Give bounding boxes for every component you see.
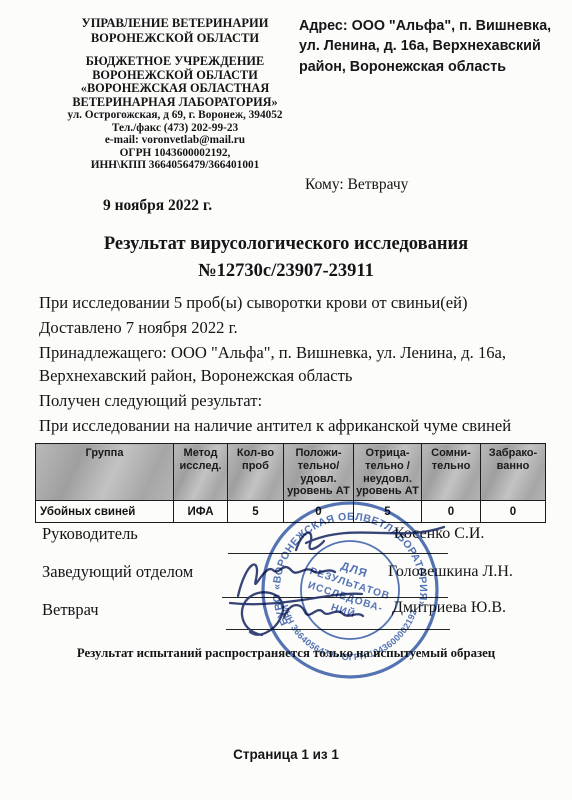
paragraph: Доставлено 7 ноября 2022 г. — [39, 317, 546, 340]
org-line: Тел./факс (473) 202-99-23 — [50, 122, 300, 135]
cell-negative: 5 — [354, 501, 422, 523]
scanned-document: УПРАВЛЕНИЕ ВЕТЕРИНАРИИ ВОРОНЕЖСКОЙ ОБЛАС… — [0, 0, 572, 800]
body-text: При исследовании 5 проб(ы) сыворотки кро… — [39, 292, 546, 463]
col-header-method: Метод исслед. — [174, 444, 228, 501]
cell-positive: 0 — [284, 501, 354, 523]
signature-name-department-head: Головешкина Л.Н. — [388, 563, 513, 581]
signature-role-department-head: Заведующий отделом — [42, 562, 193, 582]
org-line: ИНН\КПП 3664056479/366401001 — [50, 159, 300, 172]
signature-line — [222, 597, 448, 598]
paragraph: Получен следующий результат: — [39, 390, 546, 413]
recipient-to: Кому: Ветврачу — [305, 176, 408, 194]
document-date: 9 ноября 2022 г. — [103, 197, 212, 215]
page-number: Страница 1 из 1 — [0, 747, 572, 762]
signature-name-director: Косенко С.И. — [394, 525, 484, 543]
org-line: ВЕТЕРИНАРНАЯ ЛАБОРАТОРИЯ» — [50, 96, 300, 110]
title-line-2: №12730с/23907-23911 — [0, 258, 572, 285]
col-header-group: Группа — [36, 444, 174, 501]
org-line: ВОРОНЕЖСКОЙ ОБЛАСТИ — [50, 31, 300, 46]
cell-rejected: 0 — [481, 501, 546, 523]
org-line: ОГРН 1043600002192, — [50, 147, 300, 160]
signature-name-veterinarian: Дмитриева Ю.В. — [392, 599, 506, 617]
col-header-doubtful: Сомни- тельно — [422, 444, 481, 501]
paragraph: При исследовании 5 проб(ы) сыворотки кро… — [39, 292, 546, 315]
disclaimer-text: Результат испытаний распространяется тол… — [0, 646, 572, 661]
org-line: ул. Острогожская, д 69, г. Воронеж, 3940… — [50, 109, 300, 122]
results-table: Группа Метод исслед. Кол-во проб Положи-… — [35, 443, 546, 523]
letterhead-org-block: УПРАВЛЕНИЕ ВЕТЕРИНАРИИ ВОРОНЕЖСКОЙ ОБЛАС… — [50, 16, 300, 172]
paragraph: Принадлежащего: ООО "Альфа", п. Вишневка… — [39, 342, 546, 387]
col-header-negative: Отрица- тельно / неудовл. уровень АТ — [354, 444, 422, 501]
org-line: ВОРОНЕЖСКОЙ ОБЛАСТИ — [50, 69, 300, 83]
signature-line — [226, 629, 450, 630]
cell-sample-count: 5 — [228, 501, 284, 523]
cell-doubtful: 0 — [422, 501, 481, 523]
title-line-1: Результат вирусологического исследования — [0, 231, 572, 258]
stamp-center-text: ДЛЯ РЕЗУЛЬТАТОВ ИССЛЕДОВА- НИЙ — [300, 552, 400, 631]
org-line: УПРАВЛЕНИЕ ВЕТЕРИНАРИИ — [50, 16, 300, 31]
col-header-positive: Положи- тельно/ удовл. уровень АТ — [284, 444, 354, 501]
signature-role-veterinarian: Ветврач — [42, 600, 99, 620]
signature-role-director: Руководитель — [42, 524, 138, 544]
col-header-sample-count: Кол-во проб — [228, 444, 284, 501]
signature-ink-department-head — [230, 565, 362, 605]
org-line: e-mail: voronvetlab@mail.ru — [50, 134, 300, 147]
cell-method: ИФА — [174, 501, 228, 523]
signature-line — [228, 553, 448, 554]
org-line: «ВОРОНЕЖСКАЯ ОБЛАСТНАЯ — [50, 82, 300, 96]
cell-group: Убойных свиней — [36, 501, 174, 523]
col-header-rejected: Забрако- ванно — [481, 444, 546, 501]
document-title: Результат вирусологического исследования… — [0, 231, 572, 285]
org-line: БЮДЖЕТНОЕ УЧРЕЖДЕНИЕ — [50, 55, 300, 69]
svg-text:ДЛЯ РЕЗУЛЬТАТОВ: ДЛЯ РЕЗУЛЬТАТОВ ИССЛЕДОВА- НИЙ — [300, 552, 400, 631]
table-row: Убойных свиней ИФА 5 0 5 0 0 — [36, 501, 546, 523]
recipient-address: Адрес: ООО "Альфа", п. Вишневка, ул. Лен… — [299, 16, 563, 77]
table-header-row: Группа Метод исслед. Кол-во проб Положи-… — [36, 444, 546, 501]
